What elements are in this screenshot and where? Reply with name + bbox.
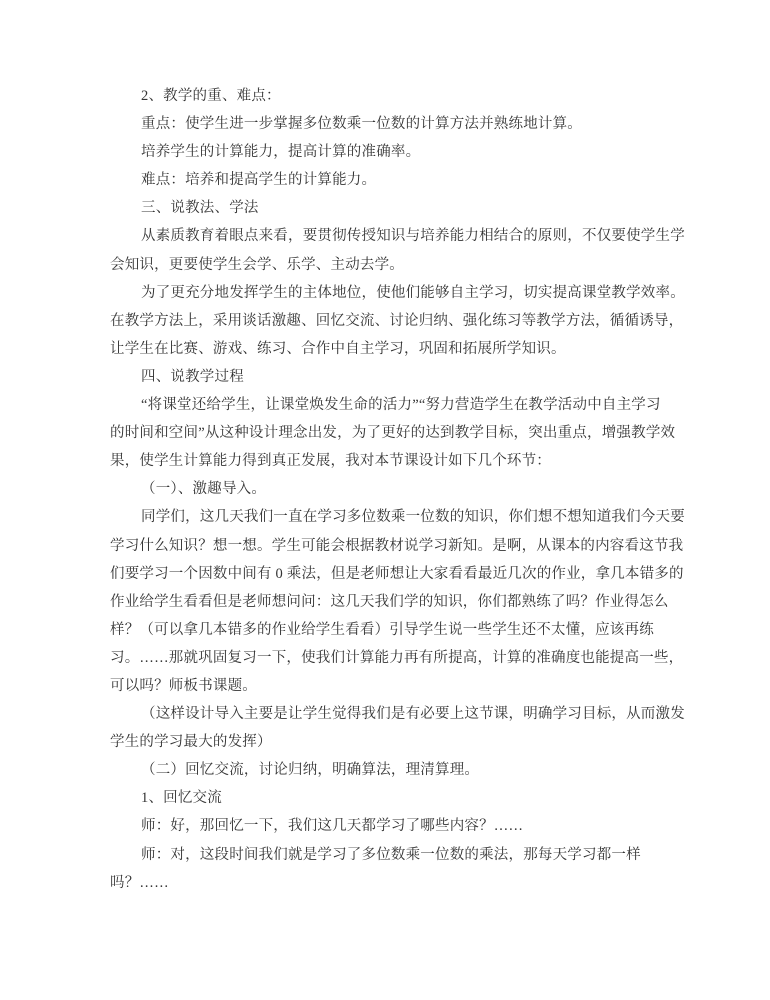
text-line: （这样设计导入主要是让学生觉得我们是有必要上这节课，明确学习目标，从而激发 xyxy=(110,700,666,728)
text-line: 学习什么知识？想一想。学生可能会根据教材说学习新知。是啊，从课本的内容看这节我 xyxy=(110,532,666,560)
text-line: 可以吗？师板书课题。 xyxy=(110,672,666,700)
text-line: （二）回忆交流，讨论归纳，明确算法，理清算理。 xyxy=(110,756,666,784)
text-line: 1、回忆交流 xyxy=(110,784,666,812)
text-line: 四、说教学过程 xyxy=(110,363,666,391)
text-line: 吗？…… xyxy=(110,869,666,897)
text-line: 培养学生的计算能力，提高计算的准确率。 xyxy=(110,138,666,166)
text-line: 会知识，更要使学生会学、乐学、主动去学。 xyxy=(110,251,666,279)
text-line: 学生的学习最大的发挥） xyxy=(110,728,666,756)
text-line: 样？（可以拿几本错多的作业给学生看看）引导学生说一些学生还不太懂，应该再练 xyxy=(110,616,666,644)
document-body: 2、教学的重、难点：重点：使学生进一步掌握多位数乘一位数的计算方法并熟练地计算。… xyxy=(110,82,666,897)
text-line: 师：对，这段时间我们就是学习了多位数乘一位数的乘法，那每天学习都一样 xyxy=(110,841,666,869)
text-line: 从素质教育着眼点来看，要贯彻传授知识与培养能力相结合的原则，不仅要使学生学 xyxy=(110,222,666,250)
text-line: 师：好，那回忆一下，我们这几天都学习了哪些内容？…… xyxy=(110,812,666,840)
text-line: “将课堂还给学生，让课堂焕发生命的活力”“努力营造学生在教学活动中自主学习 xyxy=(110,391,666,419)
text-line: 们要学习一个因数中间有 0 乘法，但是老师想让大家看看最近几次的作业，拿几本错多… xyxy=(110,560,666,588)
text-line: 重点：使学生进一步掌握多位数乘一位数的计算方法并熟练地计算。 xyxy=(110,110,666,138)
text-line: 2、教学的重、难点： xyxy=(110,82,666,110)
text-line: 作业给学生看看但是老师想问问：这几天我们学的知识，你们都熟练了吗？作业得怎么 xyxy=(110,588,666,616)
text-line: 在教学方法上，采用谈话激趣、回忆交流、讨论归纳、强化练习等教学方法，循循诱导， xyxy=(110,307,666,335)
text-line: 难点：培养和提高学生的计算能力。 xyxy=(110,166,666,194)
text-line: 的时间和空间”从这种设计理念出发，为了更好的达到教学目标，突出重点，增强教学效 xyxy=(110,419,666,447)
document-page: 2、教学的重、难点：重点：使学生进一步掌握多位数乘一位数的计算方法并熟练地计算。… xyxy=(0,0,770,1000)
text-line: （一）、激趣导入。 xyxy=(110,475,666,503)
text-line: 让学生在比赛、游戏、练习、合作中自主学习，巩固和拓展所学知识。 xyxy=(110,335,666,363)
text-line: 习。……那就巩固复习一下，使我们计算能力再有所提高，计算的准确度也能提高一些， xyxy=(110,644,666,672)
text-line: 为了更充分地发挥学生的主体地位，使他们能够自主学习，切实提高课堂教学效率。 xyxy=(110,279,666,307)
text-line: 同学们，这几天我们一直在学习多位数乘一位数的知识，你们想不想知道我们今天要 xyxy=(110,503,666,531)
text-line: 三、说教法、学法 xyxy=(110,194,666,222)
text-line: 果，使学生计算能力得到真正发展，我对本节课设计如下几个环节： xyxy=(110,447,666,475)
